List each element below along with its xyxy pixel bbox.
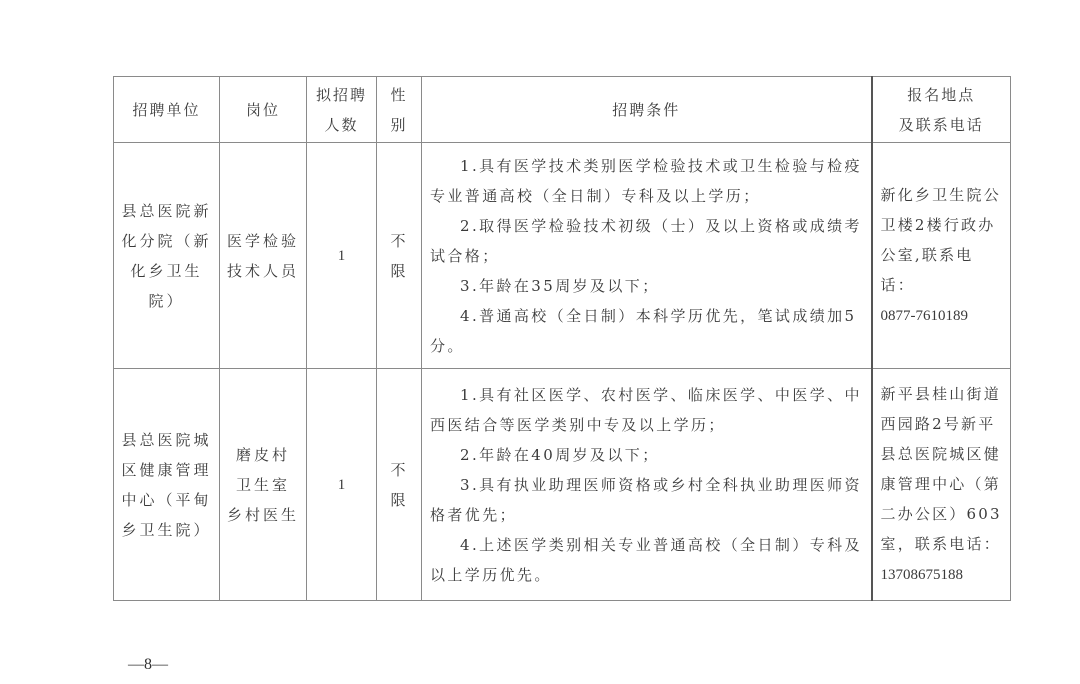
header-conditions: 招聘条件 (422, 77, 872, 143)
cell-gender-line2: 限 (377, 256, 421, 286)
header-contact: 报名地点 及联系电话 (872, 77, 1011, 143)
cell-unit: 县总医院新化分院（新化乡卫生院） (114, 143, 220, 369)
header-count: 拟招聘 人数 (307, 77, 377, 143)
condition-item: 3.年龄在35周岁及以下； (430, 271, 865, 301)
table-header-row: 招聘单位 岗位 拟招聘 人数 性 别 招聘条件 报名地点 及联系电话 (114, 77, 1011, 143)
cell-unit: 县总医院城区健康管理中心（平甸乡卫生院） (114, 369, 220, 601)
page-number: —8— (128, 656, 168, 674)
contact-address: 新平县桂山街道西园路2号新平县总医院城区健康管理中心（第二办公区）603室，联系… (881, 385, 1002, 553)
cell-post-line2: 卫生室 (226, 470, 300, 500)
header-count-line2: 人数 (307, 110, 376, 140)
cell-contact: 新平县桂山街道西园路2号新平县总医院城区健康管理中心（第二办公区）603室，联系… (872, 369, 1011, 601)
table-row: 县总医院城区健康管理中心（平甸乡卫生院） 磨皮村 卫生室 乡村医生 1 不 限 … (114, 369, 1011, 601)
header-post: 岗位 (220, 77, 307, 143)
cell-gender-line1: 不 (377, 226, 421, 256)
cell-gender: 不 限 (377, 369, 422, 601)
recruitment-table: 招聘单位 岗位 拟招聘 人数 性 别 招聘条件 报名地点 及联系电话 县总医院新… (113, 76, 1011, 601)
cell-post-line3: 乡村医生 (226, 500, 300, 530)
cell-count: 1 (307, 369, 377, 601)
condition-item: 4.上述医学类别相关专业普通高校（全日制）专科及以上学历优先。 (430, 530, 865, 590)
header-count-line1: 拟招聘 (307, 80, 376, 110)
header-gender-line1: 性 (377, 80, 421, 110)
cell-gender-line2: 限 (377, 485, 421, 515)
cell-post: 医学检验技术人员 (220, 143, 307, 369)
condition-item: 4.普通高校（全日制）本科学历优先，笔试成绩加5分。 (430, 301, 865, 361)
header-contact-line1: 报名地点 (873, 80, 1011, 110)
cell-post: 磨皮村 卫生室 乡村医生 (220, 369, 307, 601)
cell-conditions: 1.具有医学技术类别医学检验技术或卫生检验与检疫专业普通高校（全日制）专科及以上… (422, 143, 872, 369)
header-unit: 招聘单位 (114, 77, 220, 143)
condition-item: 3.具有执业助理医师资格或乡村全科执业助理医师资格者优先； (430, 470, 865, 530)
condition-item: 2.年龄在40周岁及以下； (430, 440, 865, 470)
header-contact-line2: 及联系电话 (873, 110, 1011, 140)
contact-address: 新化乡卫生院公卫楼2楼行政办公室,联系电话： (881, 186, 1001, 294)
condition-item: 2.取得医学检验技术初级（士）及以上资格或成绩考试合格； (430, 211, 865, 271)
cell-post-line1: 磨皮村 (226, 440, 300, 470)
condition-item: 1.具有医学技术类别医学检验技术或卫生检验与检疫专业普通高校（全日制）专科及以上… (430, 151, 865, 211)
cell-gender: 不 限 (377, 143, 422, 369)
condition-item: 1.具有社区医学、农村医学、临床医学、中医学、中西医结合等医学类别中专及以上学历… (430, 380, 865, 440)
header-gender: 性 别 (377, 77, 422, 143)
cell-gender-line1: 不 (377, 455, 421, 485)
contact-phone: 13708675188 (881, 567, 964, 583)
cell-conditions: 1.具有社区医学、农村医学、临床医学、中医学、中西医结合等医学类别中专及以上学历… (422, 369, 872, 601)
contact-phone: 0877-7610189 (881, 308, 969, 324)
header-gender-line2: 别 (377, 110, 421, 140)
cell-count: 1 (307, 143, 377, 369)
table-row: 县总医院新化分院（新化乡卫生院） 医学检验技术人员 1 不 限 1.具有医学技术… (114, 143, 1011, 369)
cell-contact: 新化乡卫生院公卫楼2楼行政办公室,联系电话： 0877-7610189 (872, 143, 1011, 369)
